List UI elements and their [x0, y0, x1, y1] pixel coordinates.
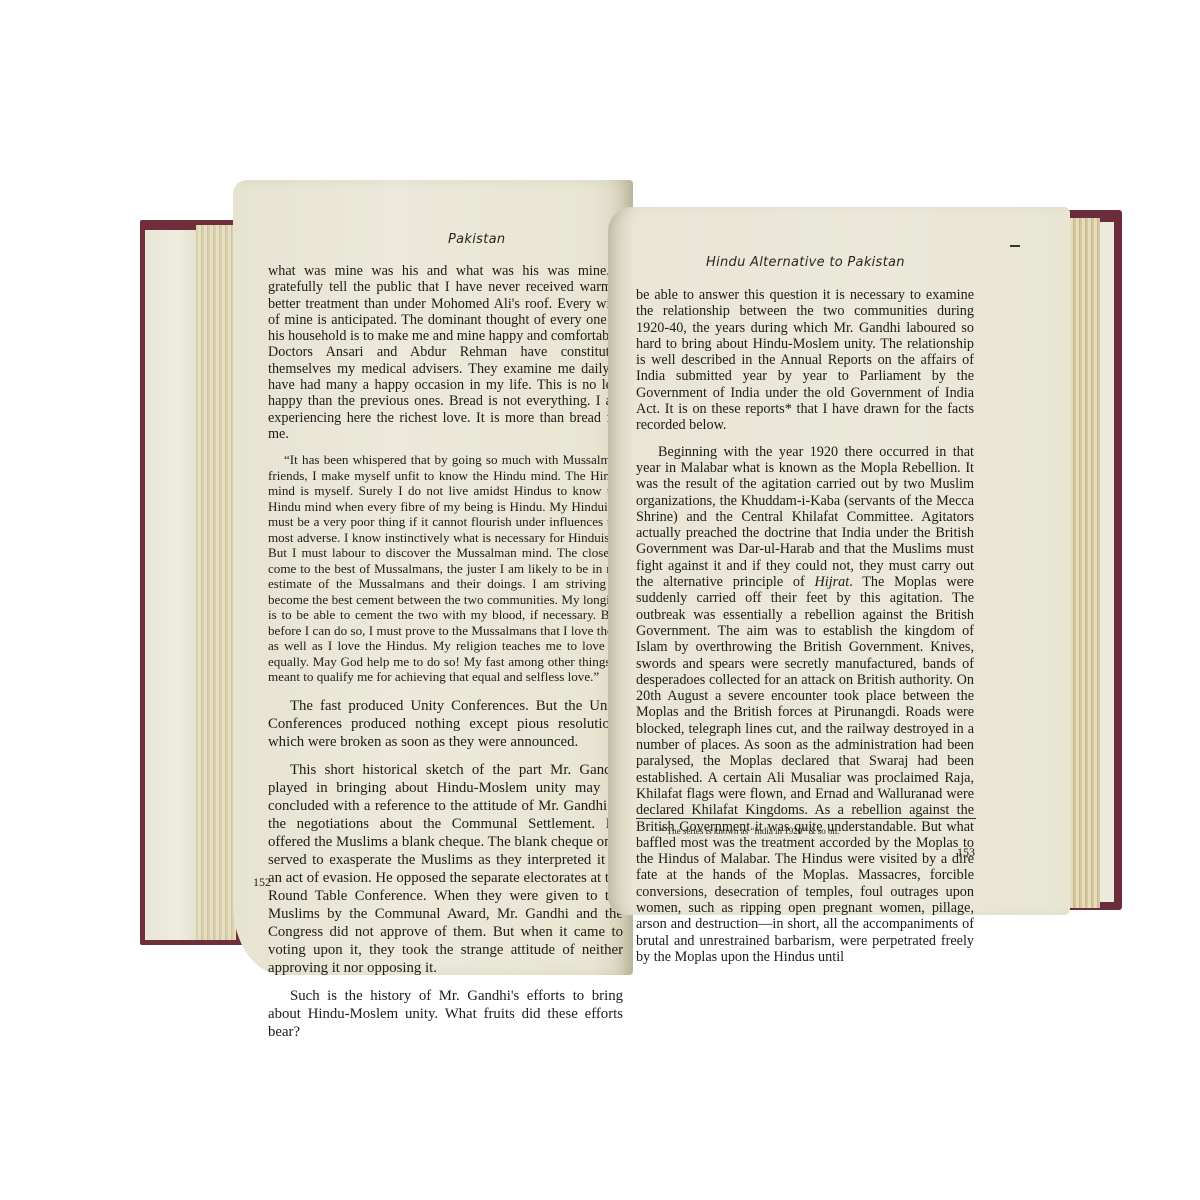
quote-text: “It has been whispered that by going so …: [268, 452, 623, 685]
right-paragraph: be able to answer this question it is ne…: [636, 287, 974, 434]
left-page-text: what was mine was his and what was his w…: [268, 263, 623, 1051]
footnote-divider: [636, 818, 976, 819]
right-paragraph: Beginning with the year 1920 there occur…: [636, 444, 974, 966]
left-paragraph: what was mine was his and what was his w…: [268, 263, 623, 442]
right-page-text: be able to answer this question it is ne…: [636, 287, 974, 975]
printer-mark: [1010, 245, 1020, 247]
open-book-photo: Pakistan what was mine was his and what …: [0, 0, 1200, 1200]
text-run: Beginning with the year 1920 there occur…: [636, 444, 974, 590]
right-running-head: Hindu Alternative to Pakistan: [706, 255, 905, 270]
right-page-number: 153: [957, 845, 975, 860]
left-running-head: Pakistan: [448, 232, 505, 247]
endpaper-right: [1100, 222, 1114, 902]
right-page: Hindu Alternative to Pakistan be able to…: [608, 207, 1070, 915]
left-paragraph: The fast produced Unity Conferences. But…: [268, 697, 623, 751]
text-run: . The Moplas were suddenly carried off t…: [636, 574, 974, 965]
italic-term: Hijrat: [815, 574, 850, 590]
left-paragraph: Such is the history of Mr. Gandhi's effo…: [268, 987, 623, 1041]
left-page: Pakistan what was mine was his and what …: [233, 180, 633, 975]
footnote: * The series is known as “India in 1920”…: [660, 826, 839, 836]
gandhi-quote: “It has been whispered that by going so …: [268, 452, 623, 685]
left-paragraph: This short historical sketch of the part…: [268, 761, 623, 977]
page-edges-left: [196, 225, 236, 940]
endpaper-left: [145, 230, 201, 940]
left-page-number: 152: [253, 875, 271, 890]
